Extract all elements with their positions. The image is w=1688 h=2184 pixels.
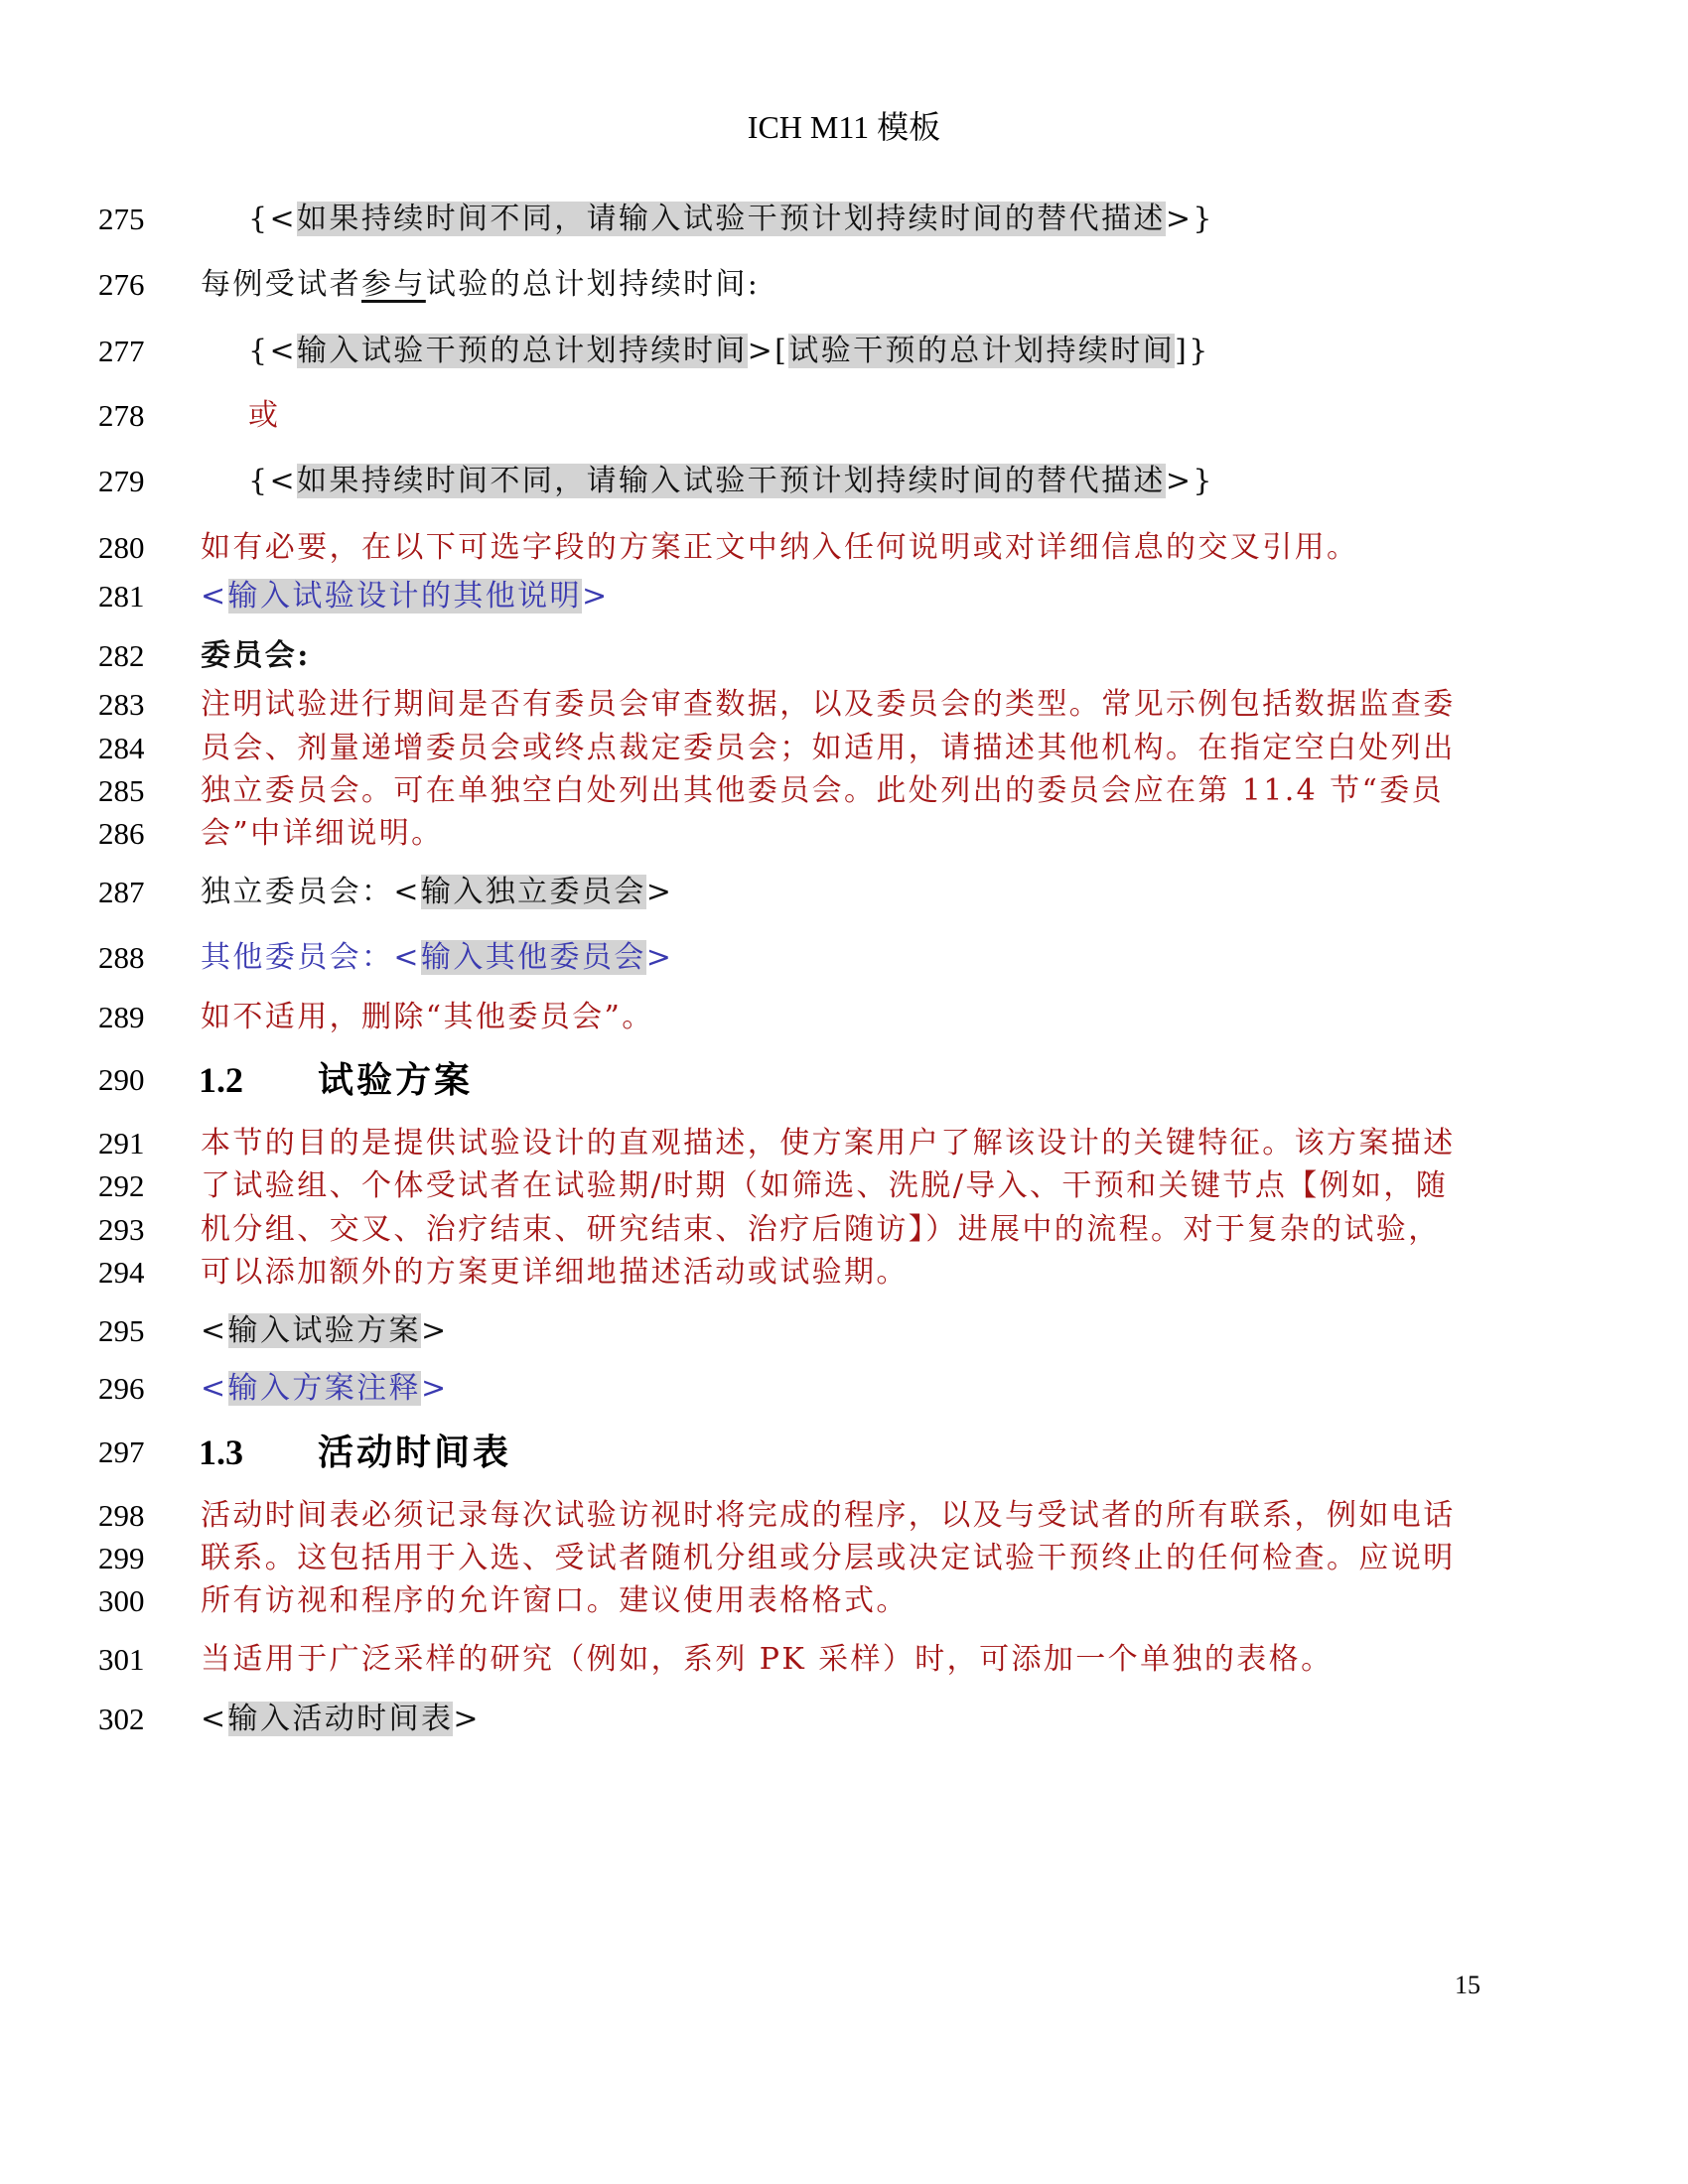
instruction-text: 独立委员会。可在单独空白处列出其他委员会。此处列出的委员会应在第 11.4 节“… bbox=[201, 769, 1444, 813]
document-line: 291 本节的目的是提供试验设计的直观描述，使方案用户了解该设计的关键特征。该方… bbox=[0, 1122, 1688, 1165]
line-number: 282 bbox=[98, 634, 158, 678]
instruction-text: 会”中详细说明。 bbox=[201, 812, 444, 856]
document-line: 295 <输入试验方案> bbox=[0, 1309, 1688, 1353]
instruction-text: 了试验组、个体受试者在试验期/时期（如筛选、洗脱/导入、干预和关键节点【例如，随 bbox=[201, 1164, 1448, 1208]
subheading: 委员会: bbox=[201, 634, 311, 678]
document-line: 283 注明试验进行期间是否有委员会审查数据，以及委员会的类型。常见示例包括数据… bbox=[0, 683, 1688, 727]
schema-notes-field[interactable]: 输入方案注释 bbox=[228, 1371, 421, 1406]
document-line: 279 {<如果持续时间不同，请输入试验干预计划持续时间的替代描述>} bbox=[0, 460, 1688, 503]
page-header: ICH M11 模板 bbox=[0, 102, 1688, 148]
instruction-text: 本节的目的是提供试验设计的直观描述，使方案用户了解该设计的关键特征。该方案描述 bbox=[201, 1122, 1456, 1165]
instruction-text: 如不适用，删除“其他委员会”。 bbox=[201, 996, 654, 1039]
document-line: 293 机分组、交叉、治疗结束、研究结束、治疗后随访】）进展中的流程。对于复杂的… bbox=[0, 1208, 1688, 1252]
document-line: 287 独立委员会：<输入独立委员会> bbox=[0, 871, 1688, 914]
line-number: 298 bbox=[98, 1494, 158, 1538]
document-line: 299 联系。这包括用于入选、受试者随机分组或分层或决定试验干预终止的任何检查。… bbox=[0, 1537, 1688, 1580]
document-line: 285 独立委员会。可在单独空白处列出其他委员会。此处列出的委员会应在第 11.… bbox=[0, 769, 1688, 813]
instruction-text: 可以添加额外的方案更详细地描述活动或试验期。 bbox=[201, 1251, 909, 1295]
field-label: 其他委员会： bbox=[201, 940, 393, 975]
optional-line: <输入试验设计的其他说明> bbox=[201, 575, 610, 618]
line-text: {<如果持续时间不同，请输入试验干预计划持续时间的替代描述>} bbox=[248, 198, 1214, 241]
line-number: 277 bbox=[98, 330, 158, 373]
instruction-text: 或 bbox=[248, 394, 280, 438]
line-number: 283 bbox=[98, 683, 158, 727]
optional-line: 其他委员会：<输入其他委员会> bbox=[201, 936, 673, 980]
line-number: 297 bbox=[98, 1431, 158, 1474]
line-number: 301 bbox=[98, 1638, 158, 1682]
document-line: 276 每例受试者参与试验的总计划持续时间: bbox=[0, 263, 1688, 307]
document-line: 301 当适用于广泛采样的研究（例如，系列 PK 采样）时，可添加一个单独的表格… bbox=[0, 1638, 1688, 1682]
line-text: {<输入试验干预的总计划持续时间>[试验干预的总计划持续时间]} bbox=[248, 330, 1210, 373]
line-text: {<如果持续时间不同，请输入试验干预计划持续时间的替代描述>} bbox=[248, 460, 1214, 503]
line-number: 293 bbox=[98, 1208, 158, 1252]
line-number: 275 bbox=[98, 198, 158, 241]
line-number: 300 bbox=[98, 1579, 158, 1623]
line-text: <输入活动时间表> bbox=[201, 1698, 481, 1741]
document-line: 280 如有必要，在以下可选字段的方案正文中纳入任何说明或对详细信息的交叉引用。 bbox=[0, 526, 1688, 570]
line-number: 284 bbox=[98, 727, 158, 770]
document-line: 294 可以添加额外的方案更详细地描述活动或试验期。 bbox=[0, 1251, 1688, 1295]
instruction-text: 联系。这包括用于入选、受试者随机分组或分层或决定试验干预终止的任何检查。应说明 bbox=[201, 1537, 1456, 1580]
line-number: 294 bbox=[98, 1251, 158, 1295]
document-line: 300 所有访视和程序的允许窗口。建议使用表格格式。 bbox=[0, 1579, 1688, 1623]
line-number: 302 bbox=[98, 1698, 158, 1741]
section-title: 活动时间表 bbox=[318, 1429, 511, 1476]
optional-line: <输入方案注释> bbox=[201, 1367, 449, 1411]
section-title: 试验方案 bbox=[318, 1056, 473, 1104]
line-number: 285 bbox=[98, 769, 158, 813]
line-number: 280 bbox=[98, 526, 158, 570]
line-number: 287 bbox=[98, 871, 158, 914]
instruction-text: 活动时间表必须记录每次试验访视时将完成的程序，以及与受试者的所有联系，例如电话 bbox=[201, 1494, 1456, 1538]
line-number: 299 bbox=[98, 1537, 158, 1580]
line-number: 291 bbox=[98, 1122, 158, 1165]
trial-schema-field[interactable]: 输入试验方案 bbox=[228, 1313, 421, 1348]
instruction-text: 机分组、交叉、治疗结束、研究结束、治疗后随访】）进展中的流程。对于复杂的试验， bbox=[201, 1208, 1441, 1252]
line-text: <输入试验方案> bbox=[201, 1309, 449, 1353]
placeholder-field[interactable]: 输入试验干预的总计划持续时间 bbox=[297, 334, 748, 368]
placeholder-field[interactable]: 试验干预的总计划持续时间 bbox=[788, 334, 1175, 368]
section-number: 1.3 bbox=[199, 1429, 243, 1476]
line-text: 独立委员会：<输入独立委员会> bbox=[201, 871, 673, 914]
instruction-text: 所有访视和程序的允许窗口。建议使用表格格式。 bbox=[201, 1579, 909, 1623]
section-heading: 297 1.3 活动时间表 bbox=[0, 1431, 1688, 1474]
document-line: 296 <输入方案注释> bbox=[0, 1367, 1688, 1411]
underlined-text: 参与 bbox=[361, 267, 426, 302]
section-heading: 290 1.2 试验方案 bbox=[0, 1058, 1688, 1102]
schedule-of-activities-field[interactable]: 输入活动时间表 bbox=[228, 1702, 454, 1736]
document-line: 302 <输入活动时间表> bbox=[0, 1698, 1688, 1741]
document-line: 278 或 bbox=[0, 394, 1688, 438]
document-line: 286 会”中详细说明。 bbox=[0, 812, 1688, 856]
document-line: 284 员会、剂量递增委员会或终点裁定委员会；如适用，请描述其他机构。在指定空白… bbox=[0, 727, 1688, 770]
document-line: 275 {<如果持续时间不同，请输入试验干预计划持续时间的替代描述>} bbox=[0, 198, 1688, 241]
page-number: 15 bbox=[1455, 1971, 1480, 2000]
document-line: 281 <输入试验设计的其他说明> bbox=[0, 575, 1688, 618]
placeholder-field[interactable]: 输入试验设计的其他说明 bbox=[228, 579, 582, 614]
line-number: 281 bbox=[98, 575, 158, 618]
independent-committee-field[interactable]: 输入独立委员会 bbox=[421, 875, 646, 909]
line-number: 292 bbox=[98, 1164, 158, 1208]
line-number: 290 bbox=[98, 1058, 158, 1102]
document-line: 288 其他委员会：<输入其他委员会> bbox=[0, 936, 1688, 980]
line-number: 295 bbox=[98, 1309, 158, 1353]
other-committee-field[interactable]: 输入其他委员会 bbox=[421, 940, 646, 975]
line-number: 289 bbox=[98, 996, 158, 1039]
placeholder-field[interactable]: 如果持续时间不同，请输入试验干预计划持续时间的替代描述 bbox=[297, 464, 1166, 498]
line-number: 296 bbox=[98, 1367, 158, 1411]
instruction-text: 员会、剂量递增委员会或终点裁定委员会；如适用，请描述其他机构。在指定空白处列出 bbox=[201, 727, 1456, 770]
placeholder-field[interactable]: 如果持续时间不同，请输入试验干预计划持续时间的替代描述 bbox=[297, 202, 1166, 236]
instruction-text: 注明试验进行期间是否有委员会审查数据，以及委员会的类型。常见示例包括数据监查委 bbox=[201, 683, 1456, 727]
field-label: 独立委员会： bbox=[201, 875, 393, 909]
section-number: 1.2 bbox=[199, 1056, 243, 1104]
instruction-text: 当适用于广泛采样的研究（例如，系列 PK 采样）时，可添加一个单独的表格。 bbox=[201, 1638, 1333, 1682]
document-line: 282 委员会: bbox=[0, 634, 1688, 678]
document-line: 292 了试验组、个体受试者在试验期/时期（如筛选、洗脱/导入、干预和关键节点【… bbox=[0, 1164, 1688, 1208]
document-line: 298 活动时间表必须记录每次试验访视时将完成的程序，以及与受试者的所有联系，例… bbox=[0, 1494, 1688, 1538]
instruction-text: 如有必要，在以下可选字段的方案正文中纳入任何说明或对详细信息的交叉引用。 bbox=[201, 526, 1358, 570]
document-line: 289 如不适用，删除“其他委员会”。 bbox=[0, 996, 1688, 1039]
line-number: 288 bbox=[98, 936, 158, 980]
line-number: 276 bbox=[98, 263, 158, 307]
line-number: 286 bbox=[98, 812, 158, 856]
line-number: 278 bbox=[98, 394, 158, 438]
line-number: 279 bbox=[98, 460, 158, 503]
line-text: 每例受试者参与试验的总计划持续时间: bbox=[201, 263, 760, 307]
document-line: 277 {<输入试验干预的总计划持续时间>[试验干预的总计划持续时间]} bbox=[0, 330, 1688, 373]
